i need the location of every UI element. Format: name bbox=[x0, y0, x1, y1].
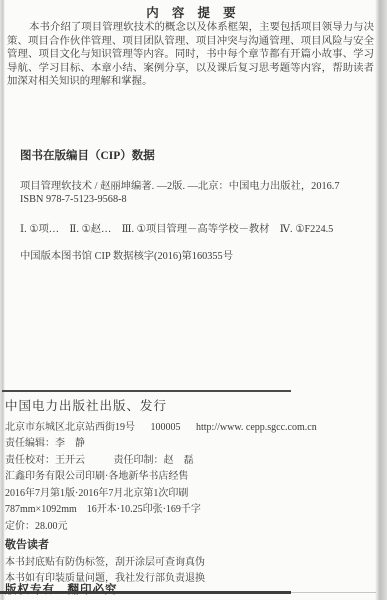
cip-heading: 图书在版编目（CIP）数据 bbox=[20, 147, 155, 163]
publisher-website: http://www. cepp.sgcc.com.cn bbox=[196, 422, 317, 433]
edition-line: 2016年7月第1版·2016年7月北京第1次印刷 bbox=[5, 484, 188, 499]
publisher-postcode: 100005 bbox=[151, 422, 181, 433]
book-copyright-page: 内 容 提 要 本书介绍了项目管理软技术的概念以及体系框架，主要包括项目领导力与… bbox=[0, 0, 387, 600]
reader-notice-line-1: 本书封底贴有防伪标签，刮开涂层可查询真伪 bbox=[5, 553, 205, 568]
cip-isbn: ISBN 978-7-5123-9568-8 bbox=[20, 194, 127, 205]
reader-notice-heading: 敬告读者 bbox=[5, 536, 49, 552]
content-summary-body: 本书介绍了项目管理软技术的概念以及体系框架，主要包括项目领导力与决策、项目合作伙… bbox=[7, 21, 374, 89]
publisher-address: 北京市东城区北京站西街19号 bbox=[5, 422, 135, 433]
proofreader: 责任校对：王开云 bbox=[5, 455, 85, 466]
printer-seller-line: 汇鑫印务有限公司印刷·各地新华书店经售 bbox=[5, 467, 188, 482]
bottom-rule bbox=[0, 591, 291, 594]
price-line: 定价：28.00元 bbox=[5, 517, 68, 532]
page-bottom-edge bbox=[291, 592, 376, 593]
publisher-line: 中国电力出版社出版、发行 bbox=[5, 396, 167, 414]
cip-classification: Ⅰ. ①项… Ⅱ. ①赵… Ⅲ. ①项目管理－高等学校－教材 Ⅳ. ①F224.… bbox=[20, 220, 333, 235]
editor-line: 责任编辑：李 静 bbox=[5, 434, 85, 449]
cip-record-number: 中国版本图书馆 CIP 数据核字(2016)第160355号 bbox=[20, 247, 233, 262]
copyright-statement: 版权专有 翻印必究 bbox=[5, 581, 118, 597]
print-supervisor: 责任印制：赵 磊 bbox=[114, 455, 194, 466]
content-summary-title: 内 容 提 要 bbox=[0, 3, 387, 21]
page-right-edge bbox=[375, 0, 387, 600]
divider-rule bbox=[2, 390, 291, 392]
format-line: 787mm×1092mm 16开本·10.25印张·169千字 bbox=[5, 500, 201, 515]
publisher-address-line: 北京市东城区北京站西街19号 100005 http://www. cepp.s… bbox=[5, 418, 317, 433]
cip-title-line: 项目管理软技术 / 赵丽坤编著. —2版. —北京：中国电力出版社，2016.7 bbox=[20, 177, 340, 192]
staff-line: 责任校对：王开云 责任印制：赵 磊 bbox=[5, 451, 194, 466]
